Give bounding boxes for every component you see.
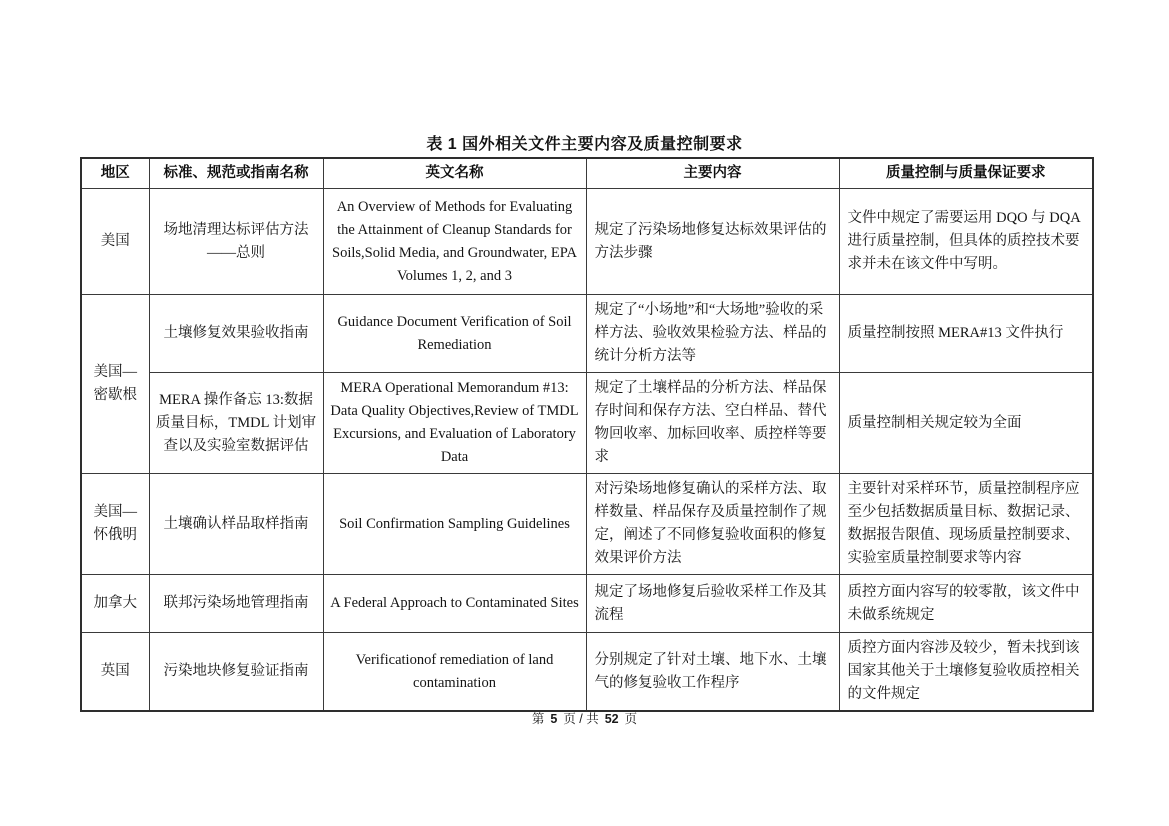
column-header-qc-requirements: 质量控制与质量保证要求 — [839, 158, 1093, 189]
cell-standard-name: 土壤修复效果验收指南 — [149, 295, 323, 373]
cell-english-name: Verificationof remediation of land conta… — [323, 633, 586, 712]
table-header-row: 地区 标准、规范或指南名称 英文名称 主要内容 质量控制与质量保证要求 — [81, 158, 1093, 189]
cell-english-name: Soil Confirmation Sampling Guidelines — [323, 474, 586, 575]
cell-english-name: Guidance Document Verification of Soil R… — [323, 295, 586, 373]
cell-region: 美国— 密歇根 — [81, 295, 149, 474]
column-header-main-content: 主要内容 — [586, 158, 839, 189]
cell-standard-name: MERA 操作备忘 13:数据质量目标，TMDL 计划审查以及实验室数据评估 — [149, 373, 323, 474]
cell-main-content: 规定了土壤样品的分析方法、样品保存时间和保存方法、空白样品、替代物回收率、加标回… — [586, 373, 839, 474]
table-row: 美国— 怀俄明 土壤确认样品取样指南 Soil Confirmation Sam… — [81, 474, 1093, 575]
table-row: 加拿大 联邦污染场地管理指南 A Federal Approach to Con… — [81, 575, 1093, 633]
cell-qc-requirements: 质量控制相关规定较为全面 — [839, 373, 1093, 474]
cell-qc-requirements: 主要针对采样环节，质量控制程序应至少包括数据质量目标、数据记录、数据报告限值、现… — [839, 474, 1093, 575]
cell-main-content: 规定了场地修复后验收采样工作及其流程 — [586, 575, 839, 633]
page-number-footer: 第 5 页 / 共 52 页 — [0, 709, 1169, 727]
column-header-region: 地区 — [81, 158, 149, 189]
cell-standard-name: 场地清理达标评估方法 ——总则 — [149, 189, 323, 295]
footer-prefix: 第 — [532, 709, 545, 727]
table-row: 美国— 密歇根 土壤修复效果验收指南 Guidance Document Ver… — [81, 295, 1093, 373]
cell-main-content: 规定了污染场地修复达标效果评估的方法步骤 — [586, 189, 839, 295]
cell-region: 英国 — [81, 633, 149, 712]
current-page-number: 5 — [550, 712, 557, 726]
cell-standard-name: 污染地块修复验证指南 — [149, 633, 323, 712]
cell-qc-requirements: 文件中规定了需要运用 DQO 与 DQA 进行质量控制，但具体的质控技术要求并未… — [839, 189, 1093, 295]
document-page: 表 1 国外相关文件主要内容及质量控制要求 地区 标准、规范或指南名称 英文名称… — [0, 0, 1169, 826]
cell-main-content: 分别规定了针对土壤、地下水、土壤气的修复验收工作程序 — [586, 633, 839, 712]
cell-region: 加拿大 — [81, 575, 149, 633]
cell-standard-name: 土壤确认样品取样指南 — [149, 474, 323, 575]
footer-suffix: 页 — [625, 709, 638, 727]
column-header-english-name: 英文名称 — [323, 158, 586, 189]
cell-english-name: A Federal Approach to Contaminated Sites — [323, 575, 586, 633]
column-header-standard-name: 标准、规范或指南名称 — [149, 158, 323, 189]
cell-english-name: An Overview of Methods for Evaluating th… — [323, 189, 586, 295]
footer-middle: 页 / 共 — [563, 709, 598, 727]
cell-main-content: 规定了“小场地”和“大场地”验收的采样方法、验收效果检验方法、样品的统计分析方法… — [586, 295, 839, 373]
cell-region: 美国— 怀俄明 — [81, 474, 149, 575]
table-row: 美国 场地清理达标评估方法 ——总则 An Overview of Method… — [81, 189, 1093, 295]
cell-qc-requirements: 质控方面内容涉及较少，暂未找到该国家其他关于土壤修复验收质控相关的文件规定 — [839, 633, 1093, 712]
cell-english-name: MERA Operational Memorandum #13: Data Qu… — [323, 373, 586, 474]
table-row: MERA 操作备忘 13:数据质量目标，TMDL 计划审查以及实验室数据评估 M… — [81, 373, 1093, 474]
total-page-count: 52 — [605, 712, 619, 726]
cell-standard-name: 联邦污染场地管理指南 — [149, 575, 323, 633]
table-title: 表 1 国外相关文件主要内容及质量控制要求 — [0, 131, 1169, 154]
cell-region: 美国 — [81, 189, 149, 295]
table-row: 英国 污染地块修复验证指南 Verificationof remediation… — [81, 633, 1093, 712]
cell-main-content: 对污染场地修复确认的采样方法、取样数量、样品保存及质量控制作了规定，阐述了不同修… — [586, 474, 839, 575]
foreign-documents-table: 地区 标准、规范或指南名称 英文名称 主要内容 质量控制与质量保证要求 美国 场… — [80, 157, 1094, 712]
cell-qc-requirements: 质控方面内容写的较零散，该文件中未做系统规定 — [839, 575, 1093, 633]
cell-qc-requirements: 质量控制按照 MERA#13 文件执行 — [839, 295, 1093, 373]
